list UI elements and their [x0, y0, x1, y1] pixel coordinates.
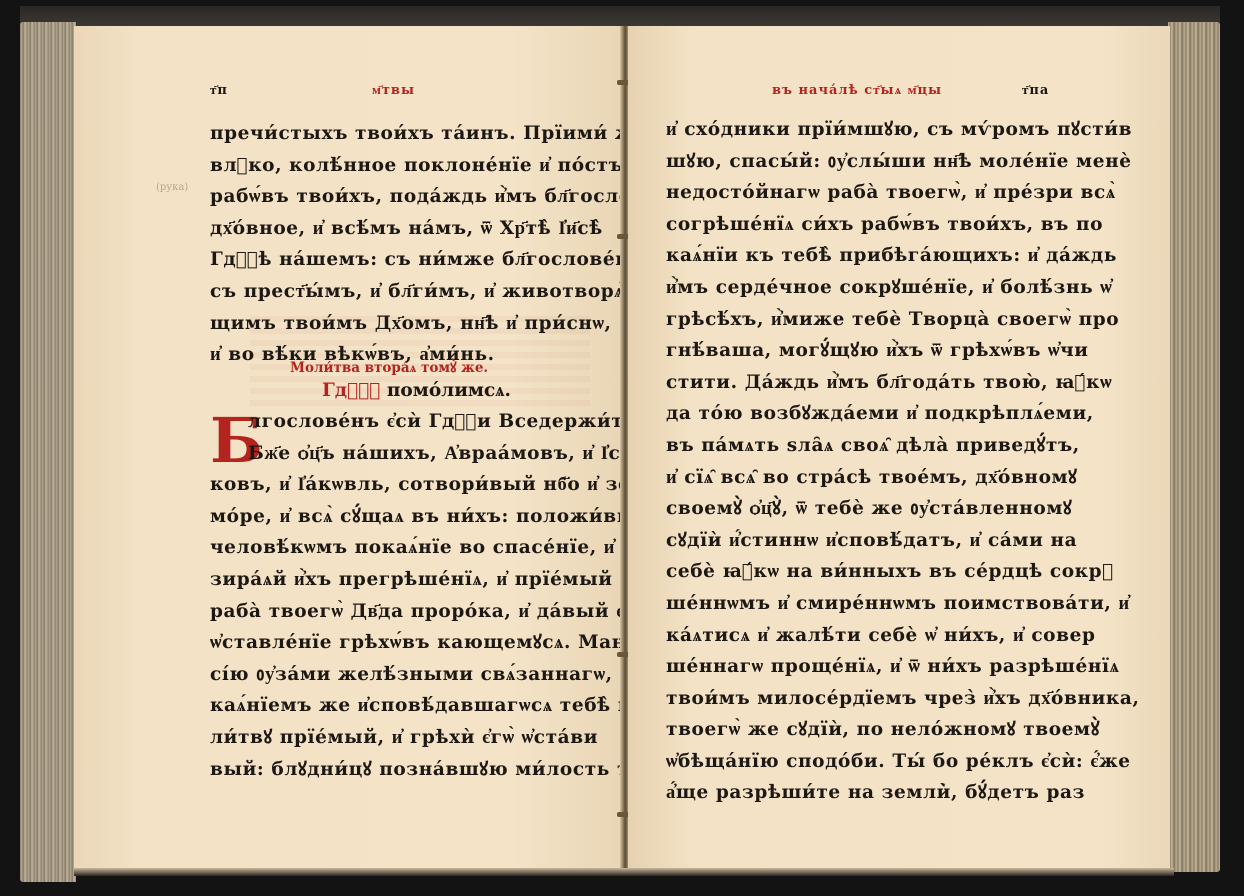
right-running-head: въ нача́лѣ ст҃ыѧ м҃цы — [772, 82, 942, 98]
text-line: шꙋю, спасы́й: ᲂу҆слы́ши нн҃ѣ моле́нїе ме… — [666, 146, 1050, 178]
text-line: да то́ю возбꙋжда́еми и҆ подкрѣплѧ́еми, — [666, 398, 1050, 430]
open-book-photo: т҃п м҃твы (рука) пречи́стыхъ твои́хъ та́… — [0, 0, 1244, 896]
text-line: Бж҃е ѻ҆ц҃ъ на́шихъ, А҆враа́мовъ, и҆ І҆са… — [210, 438, 590, 470]
left-running-head: м҃твы — [372, 82, 415, 98]
page-stack-right-edge — [1168, 22, 1220, 872]
left-text-block-body: лгослове́нъ є҆сѝ Гдⷭ҇и Вседержи́телю, Бж… — [210, 406, 590, 785]
text-line: сꙋдїѝ и҆́стиннѡ и҆сповѣ́датъ, и҆ са́ми н… — [666, 525, 1050, 557]
text-line: твоегѡ̀ же сꙋдїѝ, по нело́жномꙋ твоемꙋ̀ — [666, 714, 1050, 746]
text-line: стити. Да́ждь и҆̀мъ бл҃года́ть твою̀, ꙗ҆… — [666, 367, 1050, 399]
invocation-line: Гдⷭ҇ꙋ помо́лимсѧ. — [322, 380, 511, 402]
text-line: ѡ҆бѣща́нїю сподо́би. Ты́ бо ре́клъ є҆сѝ:… — [666, 746, 1050, 778]
text-line: пречи́стыхъ твои́хъ та́инъ. Прїими́ же — [210, 118, 590, 150]
left-text-block-top: пречи́стыхъ твои́хъ та́инъ. Прїими́ же в… — [210, 118, 590, 371]
text-line: лгослове́нъ є҆сѝ Гдⷭ҇и Вседержи́телю, — [210, 406, 590, 438]
text-line: зира́ѧй и҆̀хъ прегрѣше́нїѧ, и҆ прїе́мый … — [210, 564, 590, 596]
text-line: влⷣко, колѣ́нное поклоне́нїе и҆ по́стъ — [210, 150, 590, 182]
book-cover-top-edge — [20, 6, 1220, 26]
text-line: человѣ́кѡмъ покаѧ́нїе во спасе́нїе, и҆ п… — [210, 532, 590, 564]
text-line: грѣсѣ́хъ, и҆̀миже тебѐ Творца̀ своегѡ̀ п… — [666, 304, 1050, 336]
text-line: ше́ннагѡ проще́нїѧ, и҆ ѿ ни́хъ разрѣше́н… — [666, 651, 1050, 683]
text-line: сі́ю ᲂу҆за́ми желѣ́зными свѧ́заннагѡ, по — [210, 659, 590, 691]
text-line: каѧ́нїи къ тебѣ̀ прибѣга́ющихъ: и҆ да́жд… — [666, 240, 1050, 272]
text-line: и҆ схо́дники прїи́мшꙋю, съ мѵ́ромъ пꙋсти… — [666, 114, 1050, 146]
marginal-note: (рука) — [156, 182, 188, 193]
text-line: и҆ сїѧ̑ всѧ̑ во стра́сѣ твое́мъ, дх҃о́вн… — [666, 462, 1050, 494]
text-line: гнѣ́ваша, могꙋ́щꙋю и҆̀хъ ѿ грѣхѡ́въ ѡ҆чи — [666, 335, 1050, 367]
text-line: съ прест҃ы́мъ, и҆ бл҃ги́мъ, и҆ животворѧ… — [210, 276, 590, 308]
text-line: дх҃о́вное, и҆ всѣ́мъ на́мъ, ѿ Хр҃тѣ̀ І҆и… — [210, 213, 590, 245]
text-line: своемꙋ̀ ѻ҆ц҃ꙋ̀, ѿ тебѐ же ᲂу҆ста́вленном… — [666, 493, 1050, 525]
text-line: себѐ ꙗ҆́кѡ на ви́нныхъ въ се́рдцѣ сокрꙋ — [666, 556, 1050, 588]
text-line: раба̀ твоегѡ̀ Дв҃да проро́ка, и҆ да́вый … — [210, 596, 590, 628]
left-folio-number: т҃п — [210, 82, 228, 98]
invocation-red: Гдⷭ҇ꙋ — [322, 380, 380, 401]
text-line: Гдⷭ҇ѣ на́шемъ: съ ни́мже бл҃гослове́нъ є… — [210, 244, 590, 276]
text-line: ка́ѧтисѧ и҆ жалѣ́ти себѐ ѡ҆ ни́хъ, и҆ со… — [666, 620, 1050, 652]
text-line: согрѣше́нїѧ си́хъ рабѡ́въ твои́хъ, въ по — [666, 209, 1050, 241]
text-line: мо́ре, и҆ всѧ̀ сꙋ́щаѧ въ ни́хъ: положи́в… — [210, 501, 590, 533]
text-line: въ па́мѧть ѕла̑ѧ своѧ̑ дѣла̀ приведꙋ́тъ, — [666, 430, 1050, 462]
prayer-subheading: Моли́тва втора́ѧ томꙋ̀ же. — [290, 358, 488, 376]
text-line: щимъ твои́мъ Дх҃омъ, нн҃ѣ и҆ при́снѡ, — [210, 308, 590, 340]
text-line: вый: блꙋдни́цꙋ позна́вшꙋю ми́лость твою̀… — [210, 754, 590, 786]
text-line: ѡ҆ставле́нїе грѣхѡ́въ кающемꙋсѧ. Манас — [210, 627, 590, 659]
text-line: ше́ннѡмъ и҆ смире́ннѡмъ поимствова́ти, и… — [666, 588, 1050, 620]
text-line: ли́твꙋ прїе́мый, и҆ грѣхѝ є҆гѡ̀ ѡ҆ста́ви — [210, 722, 590, 754]
text-line: твои́мъ милосе́рдїемъ чрез̀ и҆̀хъ дх҃о́в… — [666, 683, 1050, 715]
text-line: рабѡ́въ твои́хъ, пода́ждь и҆̀мъ бл҃госло… — [210, 181, 590, 213]
text-line: а҆́ще разрѣши́те на земли̇̀, бꙋ́детъ раз — [666, 777, 1050, 809]
text-line: каѧ́нїемъ же и҆сповѣ́давшагѡсѧ тебѣ̀ мо — [210, 690, 590, 722]
invocation-black: помо́лимсѧ. — [387, 380, 511, 401]
right-folio-number: т҃па — [1022, 82, 1049, 98]
text-line: недосто́йнагѡ раба̀ твоегѡ̀, и҆ пре́зри … — [666, 177, 1050, 209]
page-stack-left-edge — [20, 22, 76, 882]
page-bottom-edge-shadow — [74, 868, 1174, 876]
right-text-block: и҆ схо́дники прїи́мшꙋю, съ мѵ́ромъ пꙋсти… — [666, 114, 1050, 809]
text-line: ковъ, и҆ І҆а́кѡвль, сотвори́вый нб҃о и҆ … — [210, 469, 590, 501]
text-line: и҆̀мъ серде́чное сокрꙋше́нїе, и҆ болѣ́зн… — [666, 272, 1050, 304]
